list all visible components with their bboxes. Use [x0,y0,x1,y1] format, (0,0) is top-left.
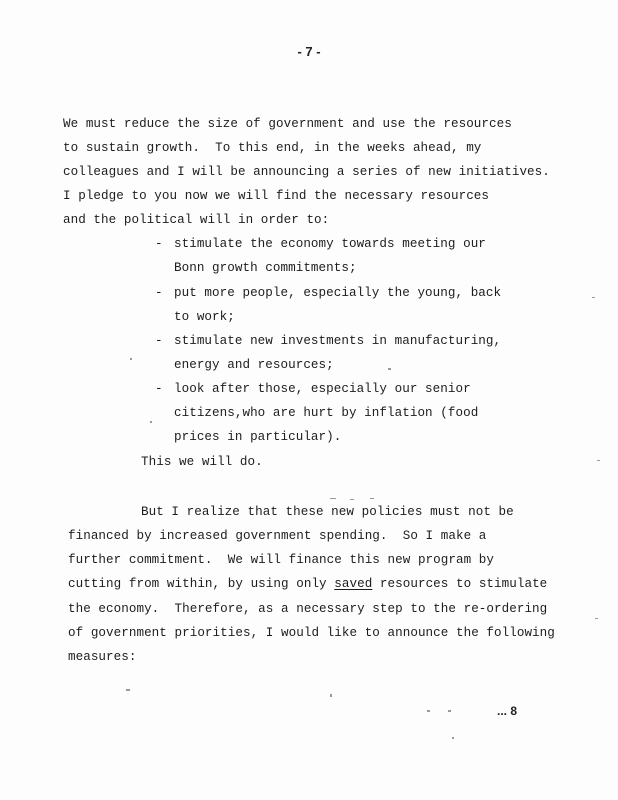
paragraph-1-line-2: to sustain growth. To this end, in the w… [63,141,481,155]
paragraph-2-line-2: financed by increased government spendin… [68,529,486,543]
bullet-3-line-1: stimulate new investments in manufacturi… [174,334,501,348]
scan-speck [126,689,130,691]
scan-speck [592,297,595,298]
scan-speck [388,368,391,370]
paragraph-1-line-4: I pledge to you now we will find the nec… [63,189,489,203]
scan-speck [597,460,600,461]
paragraph-1-line-3: colleagues and I will be announcing a se… [63,165,550,179]
bullet-2-line-1: put more people, especially the young, b… [174,286,501,300]
paragraph-2-line-6: of government priorities, I would like t… [68,626,555,640]
scan-speck [130,358,132,360]
scan-speck [448,710,451,712]
bullet-1-line-1: stimulate the economy towards meeting ou… [174,237,486,251]
bullet-dash: - [155,334,163,348]
bullet-dash: - [155,382,163,396]
scan-speck [427,710,430,712]
continuation-marker: ... 8 [497,704,517,718]
paragraph-2-line-3: further commitment. We will finance this… [68,553,494,567]
scan-speck [595,618,598,619]
scan-speck [150,421,152,423]
scan-speck [452,737,454,739]
bullet-4-line-2: citizens,who are hurt by inflation (food [174,406,478,420]
bullet-1-line-2: Bonn growth commitments; [174,261,357,275]
paragraph-2-line-7: measures: [68,650,136,664]
text-segment: resources to stimulate [372,577,547,591]
bullet-4-line-3: prices in particular). [174,430,341,444]
text-segment: cutting from within, by using only [68,577,334,591]
bullet-dash: - [155,237,163,251]
scan-speck [370,498,374,499]
scan-speck [330,694,332,697]
paragraph-1-line-5: and the political will in order to: [63,213,329,227]
bullet-dash: - [155,286,163,300]
paragraph-2-line-4: cutting from within, by using only saved… [68,577,547,591]
paragraph-2-line-5: the economy. Therefore, as a necessary s… [68,602,547,616]
paragraph-2-line-1: But I realize that these new policies mu… [141,505,514,519]
paragraph-1-line-1: We must reduce the size of government an… [63,117,512,131]
document-page: - 7 - We must reduce the size of governm… [0,0,618,800]
bullet-3-line-2: energy and resources; [174,358,334,372]
bullet-2-line-2: to work; [174,310,235,324]
scan-speck [330,498,336,499]
bullet-4-line-1: look after those, especially our senior [174,382,471,396]
page-number: - 7 - [0,44,618,59]
scan-speck [350,499,354,500]
underlined-word-saved: saved [334,577,372,591]
closing-line: This we will do. [141,455,263,469]
